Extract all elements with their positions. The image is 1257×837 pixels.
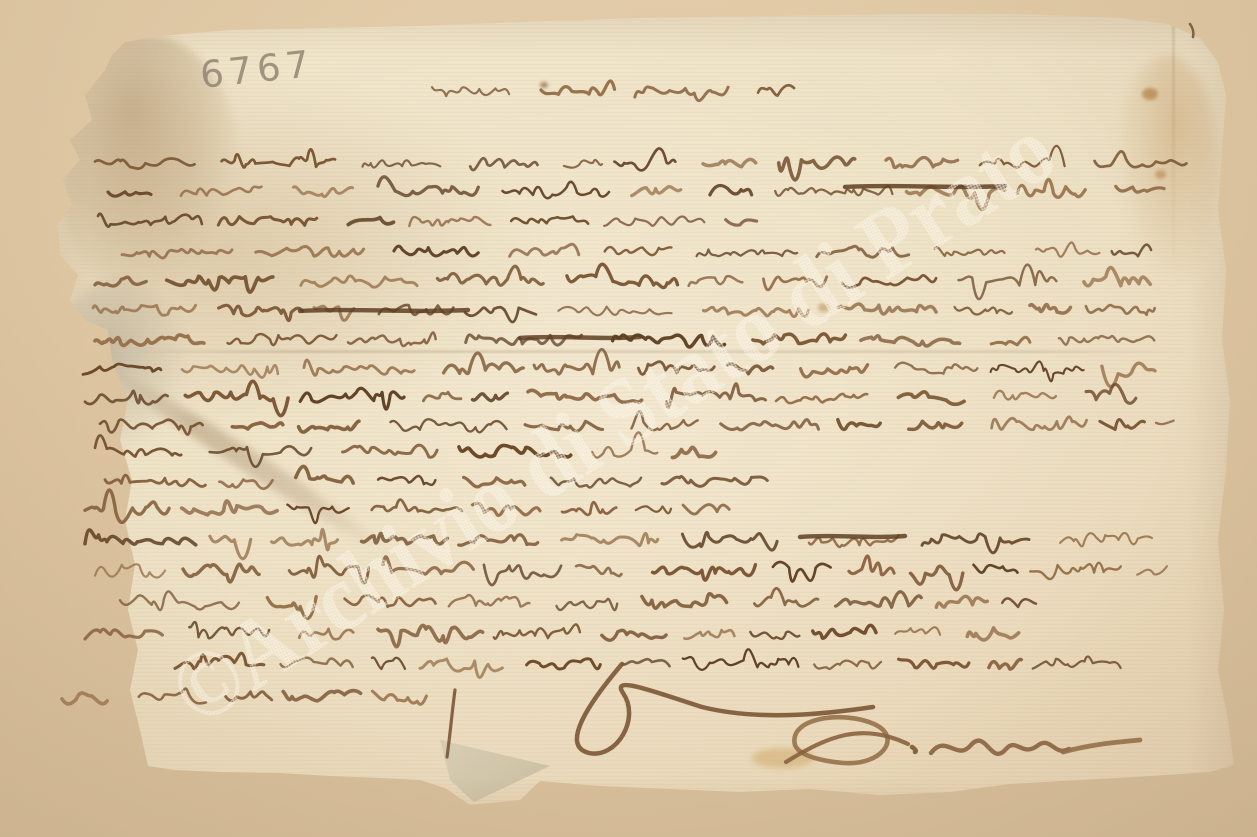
yellow-stain — [752, 748, 814, 768]
ink-spot — [540, 82, 548, 88]
ink-spot — [1155, 170, 1166, 179]
folded-corner-flap — [432, 736, 582, 806]
archival-number-pencil: 6767 — [198, 42, 316, 97]
diagonal-smudge-stain — [104, 362, 393, 560]
vertical-fold-crease — [1172, 22, 1175, 272]
horizontal-fold-crease — [130, 350, 1190, 353]
paper-edge-shading — [0, 0, 1257, 837]
scanned-letter-page: 6767 ©Archivio di Stato di Prato — [0, 0, 1257, 837]
manuscript-paper: 6767 — [0, 0, 1257, 837]
ink-spot — [1142, 88, 1158, 100]
foxing-stain-top-right — [1115, 55, 1220, 285]
torn-edge-stain-left — [50, 280, 190, 460]
ink-spot — [818, 303, 830, 312]
